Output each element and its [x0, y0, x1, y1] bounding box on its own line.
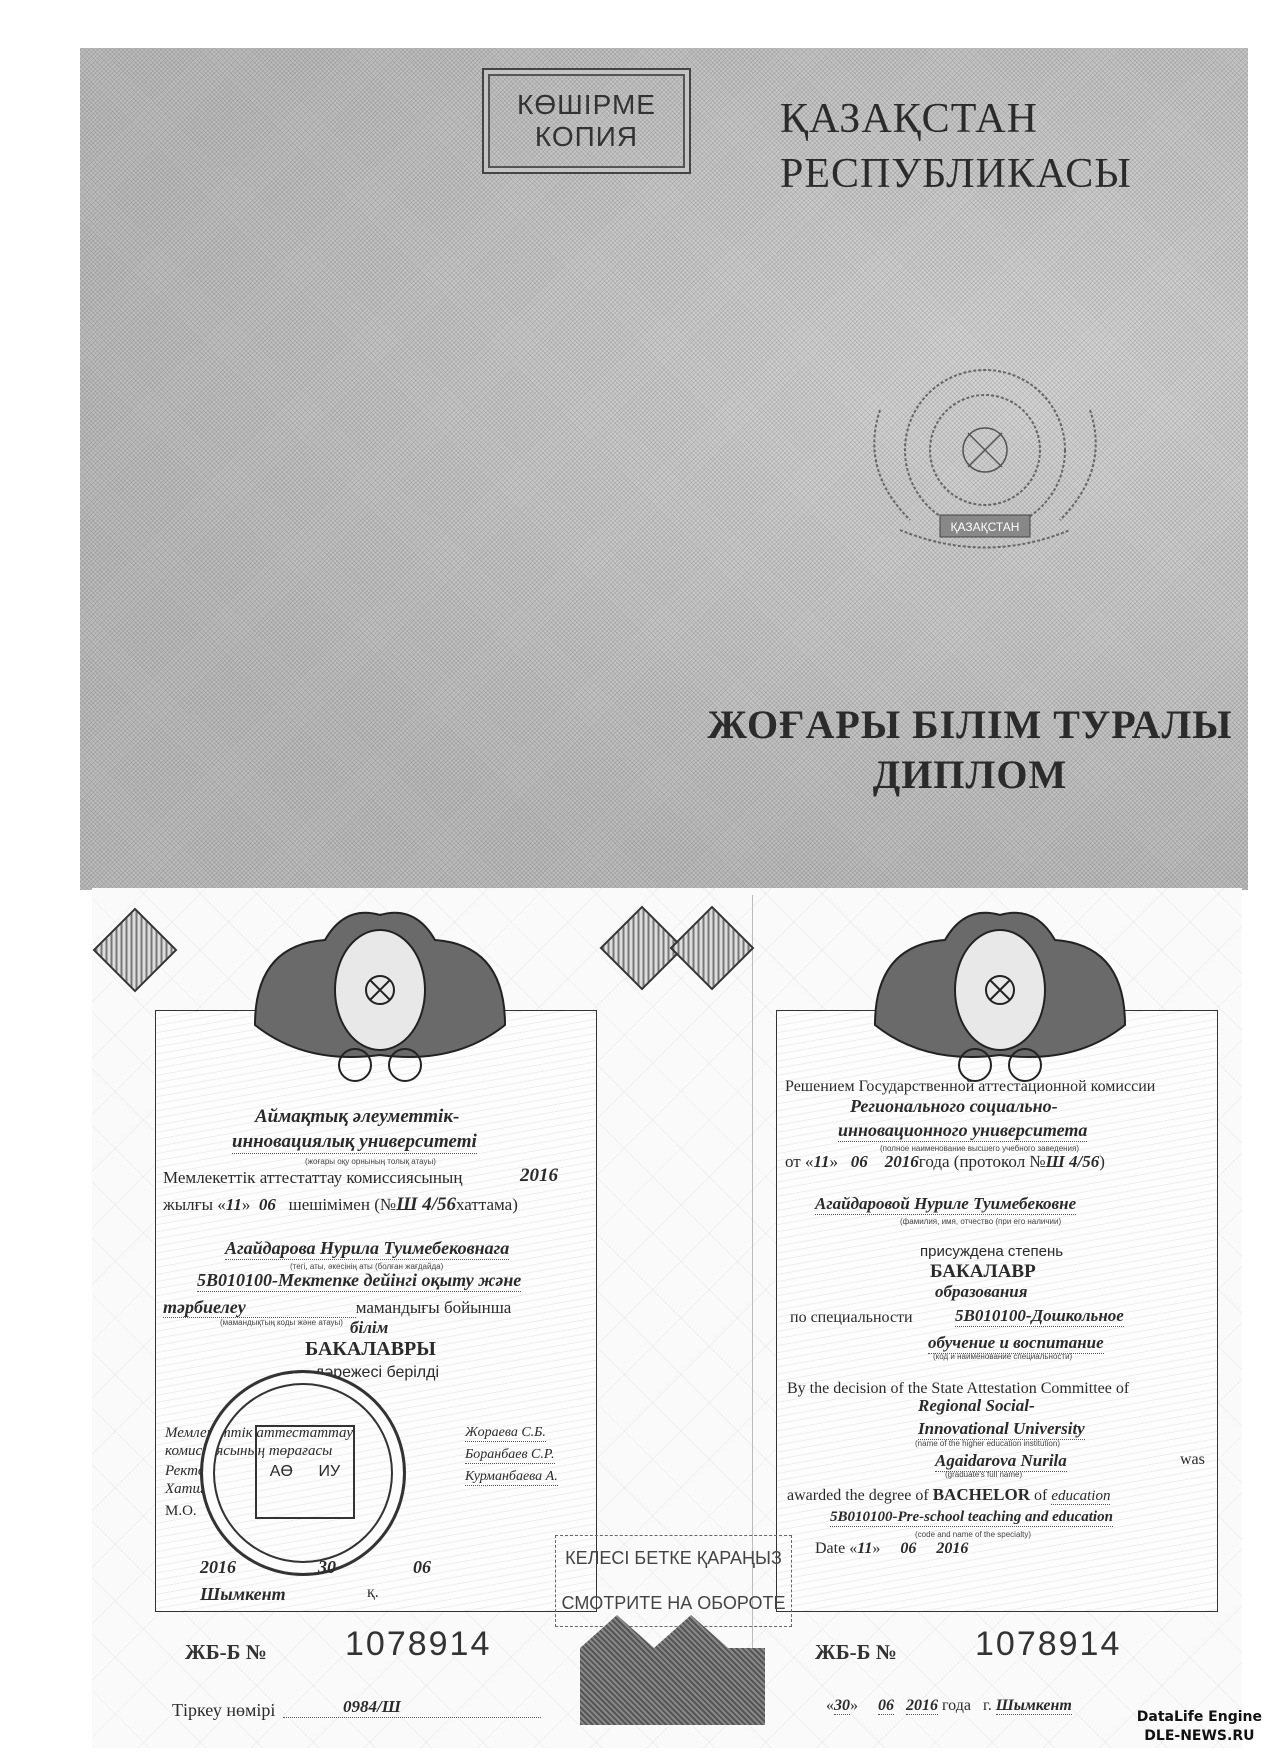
decision-month-ru: 06: [851, 1152, 868, 1171]
serial-label-right: ЖБ-Б №: [815, 1640, 897, 1665]
date-label-en: Date «: [815, 1540, 857, 1557]
graduate-name-en: Agaidarova Nurila: [935, 1451, 1067, 1472]
issue-year-ru: 2016: [906, 1697, 938, 1715]
awarded-text-en: awarded the degree of: [787, 1487, 929, 1504]
date-prefix-ru: от «: [785, 1152, 813, 1171]
serial-number-left: 1078914: [345, 1625, 491, 1664]
degree-ru: БАКАЛАВР: [930, 1261, 1036, 1283]
date-month-en: 06: [900, 1540, 916, 1557]
signature-name-chair: Жораева С.Б.: [465, 1425, 546, 1442]
decision-day-kk: 11: [226, 1195, 242, 1214]
registration-label: Тіркеу нөмірі: [172, 1700, 275, 1721]
issue-day-kk: 30: [318, 1557, 336, 1578]
svg-text:ҚАЗАҚСТАН: ҚАЗАҚСТАН: [951, 520, 1020, 534]
date-year-en: 2016: [936, 1540, 968, 1557]
see-reverse-ru: СМОТРИТЕ НА ОБОРОТЕ: [562, 1593, 786, 1614]
issue-city-kk: Шымкент: [200, 1584, 286, 1605]
specialty-prefix-ru: по специальности: [790, 1309, 913, 1327]
decision-day-ru: 11: [813, 1152, 829, 1171]
specialty-caption-ru: (код и наименование специальности): [933, 1352, 1072, 1361]
state-emblem-icon: ҚАЗАҚСТАН: [840, 350, 1130, 570]
country-line-1: ҚАЗАҚСТАН: [780, 92, 1132, 147]
registration-number: 0984/Ш: [283, 1697, 541, 1718]
site-watermark: DataLife Engine DLE-NEWS.RU: [1137, 1708, 1262, 1747]
country-name: ҚАЗАҚСТАН РЕСПУБЛИКАСЫ: [780, 92, 1132, 201]
decision-month-kk: 06: [259, 1195, 276, 1214]
university-name-en-line-2: Innovational University: [918, 1419, 1085, 1440]
copy-stamp-russian: КОПИЯ: [535, 121, 638, 153]
issue-year-kk: 2016: [200, 1557, 236, 1578]
specialty-en: 5B010100-Pre-school teaching and educati…: [830, 1509, 1113, 1527]
degree-en: BACHELOR: [933, 1485, 1030, 1504]
field-en: education: [1051, 1488, 1110, 1505]
university-seal-icon: АӨ ИУ: [200, 1370, 406, 1576]
university-name-ru-line-2: инновационного университета: [838, 1120, 1087, 1142]
signature-name-secretary: Курманбаева А.: [465, 1469, 558, 1486]
issue-city-suffix-kk: қ.: [367, 1584, 379, 1602]
specialty-caption-kk: (мамандықтың коды және атауы): [220, 1318, 343, 1327]
university-name-en-line-1: Regional Social-: [918, 1396, 1035, 1416]
date-prefix-kk: жылғы «: [163, 1195, 226, 1214]
specialty-caption-en: (code and name of the specialty): [915, 1530, 1031, 1539]
decision-year-kk: 2016: [520, 1165, 558, 1187]
graduate-name-ru: Агайдаровой Нуриле Туимебековне: [815, 1194, 1076, 1215]
field-kk: білім: [350, 1318, 388, 1338]
university-name-kk-line-2: инновациялық университеті: [232, 1131, 477, 1154]
issue-city-ru: Шымкент: [996, 1697, 1072, 1715]
serial-number-right: 1078914: [975, 1625, 1121, 1664]
serial-label-left: ЖБ-Б №: [185, 1640, 267, 1665]
signature-name-rector: Боранбаев С.Р.: [465, 1447, 555, 1464]
degree-awarded-ru: присуждена степень: [920, 1243, 1063, 1260]
country-line-2: РЕСПУБЛИКАСЫ: [780, 147, 1132, 202]
name-caption-ru: (фамилия, имя, отчество (при его наличии…: [900, 1217, 1061, 1226]
university-caption-en: (name of the higher education institutio…: [915, 1439, 1060, 1448]
university-caption-kk: (жоғары оқу орнының толық атауы): [305, 1157, 436, 1166]
university-name-kk-line-1: Аймақтық әлеуметтік-: [255, 1106, 459, 1128]
issue-month-kk: 06: [413, 1557, 431, 1578]
seal-place-kk: М.О.: [165, 1503, 197, 1520]
specialty-kk-line-1: 5В010100-Мектепке дейінгі оқыту және: [197, 1270, 521, 1292]
issue-day-ru: 30: [834, 1697, 850, 1715]
decision-text-ru: Решением Государственной аттестационной …: [785, 1078, 1155, 1096]
diploma-title-line-1: ЖОҒАРЫ БІЛІМ ТУРАЛЫ: [700, 700, 1240, 750]
specialty-suffix-kk: мамандығы бойынша: [356, 1298, 512, 1317]
diploma-title-line-2: ДИПЛОМ: [700, 750, 1240, 800]
degree-kk: БАКАЛАВРЫ: [305, 1338, 436, 1361]
see-reverse-kk: КЕЛЕСІ БЕТКЕ ҚАРАҢЫЗ: [565, 1548, 782, 1569]
date-day-en: 11: [857, 1540, 872, 1557]
protocol-number-kk: Ш 4/56: [396, 1194, 456, 1215]
copy-stamp: КӨШІРМЕ КОПИЯ: [482, 68, 691, 174]
crest-emblem-icon: [855, 905, 1145, 1095]
university-name-ru-line-1: Регионального социально-: [850, 1096, 1058, 1117]
see-reverse-stamp: КЕЛЕСІ БЕТКЕ ҚАРАҢЫЗ СМОТРИТЕ НА ОБОРОТЕ: [555, 1535, 792, 1627]
specialty-kk-line-2: тәрбиелеу: [163, 1297, 356, 1318]
graduate-name-kk: Агайдарова Нурила Туимебековнага: [225, 1238, 509, 1260]
issue-month-ru: 06: [878, 1697, 894, 1715]
field-ru: образования: [935, 1282, 1028, 1302]
decision-year-ru: 2016: [885, 1152, 919, 1171]
was-text-en: was: [1180, 1451, 1205, 1469]
protocol-number-ru: Ш 4/56: [1046, 1152, 1100, 1171]
name-caption-en: (graduate's full name): [945, 1470, 1022, 1479]
copy-stamp-kazakh: КӨШІРМЕ: [517, 89, 656, 121]
commission-text-kk: Мемлекеттік аттестаттау комиссиясының: [163, 1168, 462, 1188]
diploma-title: ЖОҒАРЫ БІЛІМ ТУРАЛЫ ДИПЛОМ: [700, 700, 1240, 800]
specialty-ru-line-2: обучение и воспитание: [928, 1333, 1104, 1354]
specialty-ru-line-1: 5В010100-Дошкольное: [955, 1306, 1124, 1327]
crest-emblem-icon: [235, 905, 525, 1095]
decision-text-kk: шешімімен (№: [289, 1195, 396, 1214]
